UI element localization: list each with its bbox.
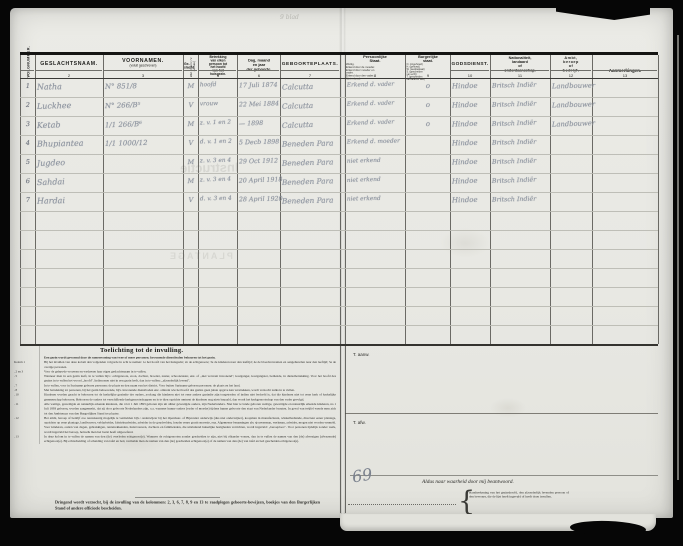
row-rule xyxy=(20,249,658,250)
handwritten-burg-staat: o xyxy=(407,119,449,135)
header-title: Ge- slacht. xyxy=(184,63,199,70)
t-afw-label: T. afw. xyxy=(353,420,366,425)
table-column-rule xyxy=(20,55,21,344)
toelichting-item-label: . 11 xyxy=(12,402,40,416)
handwritten-betrekking: z. v. 1 en 2 xyxy=(200,119,237,135)
handwritten-nr: 1 xyxy=(22,82,34,97)
table-column-rule xyxy=(183,55,184,344)
table-column-rule xyxy=(405,55,406,344)
header-separator xyxy=(104,70,182,71)
handwritten-geboren: 5 Decb 1898 xyxy=(239,139,279,155)
header-separator xyxy=(451,70,489,71)
handwritten-mark: 69 xyxy=(351,465,374,487)
handwritten-nationaliteit: Britsch Indiër xyxy=(492,119,549,136)
header-burgerlijke-staat: Burgerlijke staat. O. (ongehuwd) H. (geh… xyxy=(405,55,450,78)
handwritten-godsdienst: Hindoe xyxy=(452,100,489,116)
handwritten-godsdienst: Hindoe xyxy=(452,82,489,98)
header-bottom-rule xyxy=(20,78,658,79)
handwritten-voornamen: 1/1 266/B⁶ xyxy=(105,119,182,137)
table-top-rule xyxy=(20,52,658,55)
toelichting-item-label: . 13 xyxy=(12,435,40,444)
handwritten-nr: 7 xyxy=(22,196,34,211)
header-geboorteplaats: GEBOORTEPLAATS. 7 xyxy=(280,55,340,78)
toelichting-title: Toelichting tot de invulling. xyxy=(100,346,340,354)
handwritten-geslacht: M xyxy=(185,82,197,97)
handwritten-nationaliteit: Britsch Indiër xyxy=(492,81,549,97)
handwritten-pers-staat: Erkend d. vader xyxy=(347,81,404,97)
paper-stain xyxy=(490,398,526,418)
handwritten-plaats: Beneden Para xyxy=(282,195,339,211)
document-scan: 9 blad Instructie PLANTAGE VOLGNUMMER. 1… xyxy=(0,0,683,546)
header-geslachtsnaam: GESLACHTSNAAM. 2 xyxy=(35,55,103,78)
row-rule xyxy=(20,192,658,193)
showthrough-watermark-2: PLANTAGE xyxy=(168,251,233,261)
handwritten-voornamen: N° 266/B⁵ xyxy=(105,100,182,117)
table-column-rule xyxy=(592,55,593,344)
header-geboortedatum: Dag, maand en jaar der geboorte. 6 xyxy=(237,55,280,78)
header-beroep: Ambt, beroep of bedrijf. 12 xyxy=(550,55,592,78)
table-column-rule xyxy=(237,55,238,344)
panel-divider xyxy=(345,413,658,414)
handwritten-geslacht: V xyxy=(185,139,197,154)
register-page: 9 blad Instructie PLANTAGE VOLGNUMMER. 1… xyxy=(10,8,673,518)
header-title: GESLACHTSNAAM. xyxy=(35,61,103,67)
header-separator xyxy=(551,70,591,71)
toelichting-item: . 5Wanneer men in een gezin leeft, in te… xyxy=(12,374,340,383)
toelichting-item-label: . 12 xyxy=(12,416,40,435)
handwritten-betrekking: z. v. 3 en 4 xyxy=(200,176,237,192)
handwritten-naam: Jugdeo xyxy=(37,157,102,174)
toelichting-title-row: Toelichting tot de invulling. Een gezin … xyxy=(12,346,340,360)
table-column-rule xyxy=(345,55,346,513)
pencil-note: 9 blad xyxy=(280,14,299,21)
header-title: Burgerlijke staat. xyxy=(405,55,450,63)
handwritten-nationaliteit: Britsch Indiër xyxy=(492,157,549,174)
handwritten-geslacht: V xyxy=(185,101,197,116)
toelichting-item: . 12Het ambt, beroep of bedrijf zoo nauw… xyxy=(12,416,340,435)
handwritten-geslacht: M xyxy=(185,120,198,135)
handwritten-pers-staat: Erkend d. moeder xyxy=(347,138,404,154)
handwritten-naam: Hardai xyxy=(37,195,102,211)
handwritten-nationaliteit: Britsch Indiër xyxy=(492,176,549,193)
handwritten-betrekking: vrouw xyxy=(200,101,236,117)
header-title: GODSDIENST. xyxy=(450,62,490,67)
row-rule xyxy=(20,173,658,174)
handwritten-plaats: Beneden Para xyxy=(282,138,339,154)
handwritten-pers-staat: Erkend d. vader xyxy=(347,119,404,136)
adjacent-page-edge xyxy=(677,35,679,480)
toelichting-item-text: Alle wettige, gewettigde en natuurlijk e… xyxy=(40,402,340,416)
handwritten-geslacht: V xyxy=(185,196,197,211)
header-separator xyxy=(238,70,279,71)
handwritten-geboren: 17 Juli 1874 xyxy=(239,82,279,98)
handwritten-burg-staat: o xyxy=(407,82,449,98)
header-separator xyxy=(281,70,339,71)
table-column-rule xyxy=(490,55,491,344)
handwritten-godsdienst: Hindoe xyxy=(452,119,490,135)
handwritten-nationaliteit: Britsch Indiër xyxy=(492,195,549,211)
header-geslacht: M. (mann.) V. (vrouw.) Ge- slacht. 4 xyxy=(183,55,198,78)
table-column-rule xyxy=(198,55,199,344)
handwritten-geslacht: M xyxy=(185,158,197,173)
table-column-rule xyxy=(450,55,451,344)
handwritten-nr: 5 xyxy=(22,158,34,173)
handwritten-geboren: 22 Mei 1884 xyxy=(239,100,279,116)
handwritten-plaats: Calcutta xyxy=(282,100,339,117)
handwritten-geboren: 28 April 1920 xyxy=(239,196,279,212)
paper-stain xyxy=(440,228,490,258)
handwritten-geslacht: M xyxy=(185,177,198,192)
handwritten-naam: Luckhee xyxy=(37,100,102,117)
handwritten-nr: 6 xyxy=(22,177,35,192)
table-column-rule xyxy=(35,55,36,344)
handwritten-godsdienst: Hindoe xyxy=(452,139,489,155)
handwritten-beroep: Landbouwer xyxy=(552,82,591,98)
handwritten-godsdienst: Hindoe xyxy=(452,157,489,173)
handwritten-pers-staat: niet erkend xyxy=(347,157,404,174)
header-separator xyxy=(593,70,657,71)
handwritten-naam: Natha xyxy=(37,81,102,97)
handwritten-betrekking: d. v. 1 en 2 xyxy=(200,139,236,155)
footer-text: Dringend wordt verzocht, bij de invullin… xyxy=(40,500,335,512)
header-title: GEBOORTEPLAATS. xyxy=(280,62,340,67)
toelichting-item-label: Kolom 1 xyxy=(12,360,40,369)
header-separator xyxy=(199,70,236,71)
handwritten-plaats: Calcutta xyxy=(282,81,339,97)
toelichting-items: Kolom 1Bij het invullen van deze kolom d… xyxy=(12,360,340,444)
handwritten-betrekking: d. v. 3 en 4 xyxy=(200,196,236,212)
toelichting: Toelichting tot de invulling. Een gezin … xyxy=(12,346,340,444)
toelichting-item-label: . 5 xyxy=(12,374,40,383)
handwritten-plaats: Beneden Para xyxy=(282,157,339,174)
handwritten-godsdienst: Hindoe xyxy=(452,176,490,192)
statement-rule xyxy=(350,475,658,476)
header-betrekking: Betrekking van elken persoon tot het hoo… xyxy=(198,55,237,78)
header-volgnummer: VOLGNUMMER. 1 xyxy=(20,55,35,78)
handwritten-naam: Sahdai xyxy=(37,176,102,193)
row-rule xyxy=(20,230,658,231)
handwritten-godsdienst: Hindoe xyxy=(452,196,489,212)
handwritten-naam: Ketab xyxy=(37,119,102,136)
handwritten-plaats: Calcutta xyxy=(282,119,339,136)
handwritten-nr: 4 xyxy=(22,139,34,154)
header-separator xyxy=(21,70,34,71)
handwritten-burg-staat: o xyxy=(407,100,449,116)
header-subtitle: (voluit geschreven) xyxy=(103,64,183,68)
header-separator xyxy=(36,70,102,71)
handwritten-geboren: 29 Oct 1912 xyxy=(239,157,279,173)
handwritten-beroep: Landbouwer xyxy=(552,100,591,116)
table-column-rule xyxy=(340,55,341,513)
handwritten-pers-staat: Erkend d. vader xyxy=(347,100,404,117)
handwritten-betrekking: z. v. 3 en 4 xyxy=(200,158,236,174)
table-column-rule xyxy=(103,55,104,344)
toelichting-item-label: . 10 xyxy=(12,393,40,402)
toelichting-item-text: Bij het invullen van deze kolom den volg… xyxy=(40,360,340,369)
row-rule xyxy=(20,325,658,326)
table-column-rule xyxy=(550,55,551,344)
toelichting-item-text: Wanneer men in een gezin leeft, in te vu… xyxy=(40,374,340,383)
header-separator xyxy=(491,70,549,71)
handwritten-naam: Bhupiantea xyxy=(37,138,102,154)
toelichting-item-text: Kinderen worden geacht te behooren tot d… xyxy=(40,393,340,402)
t-aanw-label: T. aanw. xyxy=(353,352,370,357)
footer-rule xyxy=(135,497,220,498)
toelichting-item: . 13In deze kolom in te vullen de namen … xyxy=(12,435,340,444)
toelichting-item: . 10Kinderen worden geacht te behooren t… xyxy=(12,393,340,402)
handwritten-plaats: Beneden Para xyxy=(282,176,339,193)
handwritten-nr: 3 xyxy=(22,120,35,135)
toelichting-item: . 11Alle wettige, gewettigde en natuurli… xyxy=(12,402,340,416)
handwritten-betrekking: hoofd xyxy=(200,82,236,98)
header-nationaliteit: Nationaliteit, landaard of onderdaanscha… xyxy=(490,55,550,78)
handwritten-geboren: 20 April 1918 xyxy=(239,176,279,192)
header-persoonlijke-staat: Persoonlijke Staat. Wettig. Erkend door … xyxy=(345,55,405,78)
signature-note: Handteekening van het gezinshoofd, den a… xyxy=(469,491,569,499)
header-godsdienst: GODSDIENST. 10 xyxy=(450,55,490,78)
handwritten-geboren: — 1898 xyxy=(239,119,279,135)
table-bottom-rule xyxy=(20,344,658,346)
handwritten-nr: 2 xyxy=(22,101,34,116)
toelichting-item-text: In deze kolom in te vullen de namen van … xyxy=(40,435,340,444)
table-column-rule xyxy=(658,55,659,344)
row-rule xyxy=(20,287,658,288)
signature-line xyxy=(348,504,456,505)
handwritten-pers-staat: niet erkend xyxy=(347,195,404,211)
handwritten-pers-staat: niet erkend xyxy=(347,176,404,193)
header-title: Persoonlijke Staat. xyxy=(345,55,405,63)
handwritten-voornamen: 1/1 1000/12 xyxy=(105,138,182,155)
header-voornamen: VOORNAMEN. (voluit geschreven) 3 xyxy=(103,55,183,78)
header-separator xyxy=(184,70,197,71)
truth-statement: Aldus naar waarheid door mij beantwoord. xyxy=(422,479,514,485)
toelichting-item: Kolom 1Bij het invullen van deze kolom d… xyxy=(12,360,340,369)
handwritten-nationaliteit: Britsch Indiër xyxy=(492,138,549,154)
handwritten-voornamen: N° 851/8 xyxy=(105,81,182,98)
header-aanmerkingen: Aanmerkingen. 13 xyxy=(592,55,658,78)
handwritten-beroep: Landbouwer xyxy=(552,119,591,135)
row-rule xyxy=(20,306,658,307)
handwritten-nationaliteit: Britsch Indiër xyxy=(492,100,549,117)
row-rule xyxy=(20,211,658,212)
footer-note: Dringend wordt verzocht, bij de invullin… xyxy=(40,497,335,512)
toelichting-item-text: Het ambt, beroep of bedrijf zoo nauwkeur… xyxy=(40,416,340,435)
row-rule xyxy=(20,268,658,269)
